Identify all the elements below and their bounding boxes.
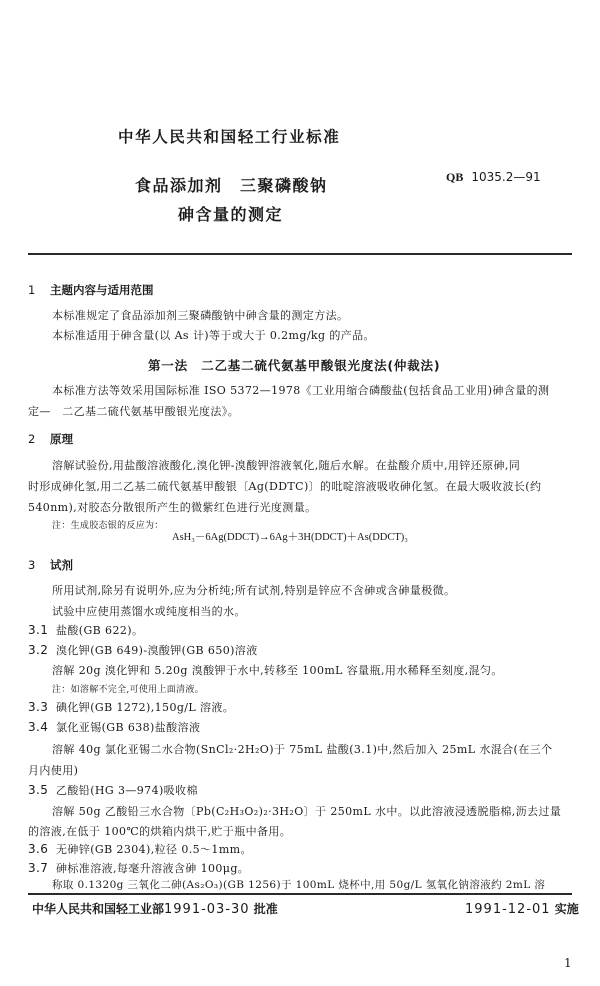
- section-number: 2: [28, 432, 50, 446]
- section-1-heading: 1主题内容与适用范围: [28, 282, 154, 298]
- effective-date: 1991-12-01: [465, 902, 551, 917]
- section-2-note: 注：生成胶态银的反应为：: [52, 518, 164, 531]
- item-text: 乙酸铅(HG 3—974)吸收棉: [56, 784, 198, 797]
- issuing-organization: 中华人民共和国轻工行业标准: [118, 125, 340, 147]
- item-3-6: 3.6无砷锌(GB 2304),粒径 0.5～1mm。: [28, 841, 252, 857]
- method-1-para-line1: 本标准方法等效采用国际标准 ISO 5372—1978《工业用缩合磷酸盐(包括食…: [52, 382, 549, 398]
- item-number: 3.1: [28, 623, 56, 637]
- section-2-line3: 540nm),对胶态分散银所产生的微紫红色进行光度测量。: [28, 499, 317, 515]
- document-title-line2: 砷含量的测定: [178, 202, 283, 225]
- section-1-para-1: 本标准规定了食品添加剂三聚磷酸钠中砷含量的测定方法。: [52, 307, 348, 323]
- document-title-line1: 食品添加剂 三聚磷酸钠: [135, 173, 328, 196]
- item-number: 3.4: [28, 720, 56, 734]
- item-3-7: 3.7砷标准溶液,每毫升溶液含砷 100μg。: [28, 860, 249, 876]
- footer-divider: [28, 893, 572, 895]
- item-3-2: 3.2溴化钾(GB 649)-溴酸钾(GB 650)溶液: [28, 642, 258, 658]
- section-2-heading: 2原理: [28, 431, 73, 447]
- standard-prefix: QB: [446, 170, 463, 184]
- item-number: 3.3: [28, 700, 56, 714]
- item-text: 碘化钾(GB 1272),150g/L 溶液。: [56, 701, 234, 714]
- section-title: 原理: [50, 432, 73, 446]
- section-title: 试剂: [50, 558, 73, 572]
- section-1-para-2: 本标准适用于砷含量(以 As 计)等于或大于 0.2mg/kg 的产品。: [52, 327, 375, 343]
- item-3-5-detail-2: 的溶液,在低于 100℃的烘箱内烘干,贮于瓶中备用。: [28, 823, 291, 839]
- section-number: 3: [28, 558, 50, 572]
- item-number: 3.2: [28, 643, 56, 657]
- standard-code: 1035.2—91: [471, 170, 540, 184]
- item-3-4-detail-1: 溶解 40g 氯化亚锡二水合物(SnCl₂·2H₂O)于 75mL 盐酸(3.1…: [52, 741, 552, 757]
- section-3-intro-1: 所用试剂,除另有说明外,应为分析纯;所有试剂,特别是锌应不含砷或含砷量极微。: [52, 582, 455, 598]
- item-3-7-detail-1: 称取 0.1320g 三氧化二砷(As₂O₃)(GB 1256)于 100mL …: [52, 877, 545, 892]
- approval-org: 中华人民共和国轻工业部: [32, 902, 164, 916]
- item-3-5: 3.5乙酸铅(HG 3—974)吸收棉: [28, 782, 198, 798]
- item-3-5-detail-1: 溶解 50g 乙酸铅三水合物〔Pb(C₂H₃O₂)₂·3H₂O〕于 250mL …: [52, 803, 561, 819]
- reaction-equation: AsH₃－6Ag(DDCT)→6Ag＋3H(DDCT)＋As(DDCT)₃: [172, 529, 408, 544]
- approval-line: 中华人民共和国轻工业部1991-03-30 批准: [32, 900, 278, 917]
- method-1-para-line2: 定— 二乙基二硫代氨基甲酸银光度法》。: [28, 403, 239, 419]
- item-3-1: 3.1盐酸(GB 622)。: [28, 622, 143, 638]
- item-text: 盐酸(GB 622)。: [56, 624, 143, 637]
- item-number: 3.6: [28, 842, 56, 856]
- section-3-intro-2: 试验中应使用蒸馏水或纯度相当的水。: [52, 603, 246, 619]
- section-2-line1: 溶解试验份,用盐酸溶液酸化,溴化钾-溴酸钾溶液氧化,随后水解。在盐酸介质中,用锌…: [52, 457, 520, 473]
- item-3-2-detail: 溶解 20g 溴化钾和 5.20g 溴酸钾于水中,转移至 100mL 容量瓶,用…: [52, 662, 503, 678]
- item-text: 砷标准溶液,每毫升溶液含砷 100μg。: [56, 862, 249, 875]
- item-text: 氯化亚锡(GB 638)盐酸溶液: [56, 721, 200, 734]
- item-3-3: 3.3碘化钾(GB 1272),150g/L 溶液。: [28, 699, 234, 715]
- item-3-4: 3.4氯化亚锡(GB 638)盐酸溶液: [28, 719, 200, 735]
- section-2-line2: 时形成砷化氢,用二乙基二硫代氨基甲酸银〔Ag(DDTC)〕的吡啶溶液吸收砷化氢。…: [28, 478, 541, 494]
- standard-number: QB1035.2—91: [446, 170, 541, 185]
- item-number: 3.5: [28, 783, 56, 797]
- item-text: 溴化钾(GB 649)-溴酸钾(GB 650)溶液: [56, 644, 258, 657]
- method-1-title: 第一法 二乙基二硫代氨基甲酸银光度法(仲裁法): [148, 356, 440, 374]
- effective-line: 1991-12-01 实施: [465, 900, 579, 917]
- page-number: 1: [564, 956, 572, 970]
- effective-label: 实施: [555, 902, 579, 916]
- approval-label: 批准: [254, 902, 278, 916]
- section-number: 1: [28, 283, 50, 297]
- header-divider: [28, 253, 572, 255]
- approval-date: 1991-03-30: [164, 902, 250, 917]
- section-3-heading: 3试剂: [28, 557, 73, 573]
- section-title: 主题内容与适用范围: [50, 283, 154, 297]
- item-3-4-detail-2: 月内使用): [28, 762, 78, 778]
- item-text: 无砷锌(GB 2304),粒径 0.5～1mm。: [56, 843, 252, 856]
- item-3-2-note: 注：如溶解不完全,可使用上面清液。: [52, 682, 204, 695]
- item-number: 3.7: [28, 861, 56, 875]
